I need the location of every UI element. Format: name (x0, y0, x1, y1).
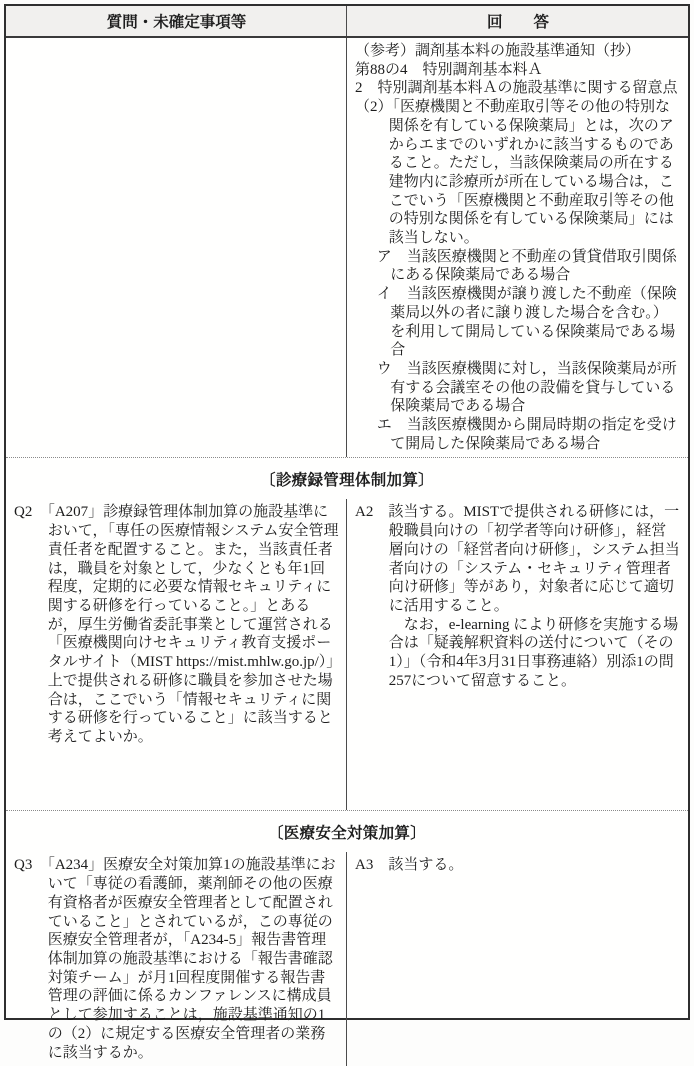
paragraph: Q2 「A207」診療録管理体制加算の施設基準において，「専任の医療情報システム… (14, 503, 339, 746)
table-header-row: 質問・未確定事項等 回 答 (6, 6, 688, 38)
section-header-row: 〔医療安全対策加算〕 (6, 810, 688, 852)
paragraph: 第88の4 特別調剤基本料Ａ (355, 61, 681, 80)
paragraph: （2）「医療機関と不動産取引等その他の特別な関係を有している保険薬局」とは，次の… (355, 98, 681, 248)
paragraph: ア 当該医療機関と不動産の賃貸借取引関係にある保険薬局である場合 (355, 248, 681, 285)
qa-row: Q2 「A207」診療録管理体制加算の施設基準において，「専任の医療情報システム… (6, 499, 688, 810)
paragraph: イ 当該医療機関が譲り渡した不動産（保険薬局以外の者に譲り渡した場合を含む。）を… (355, 285, 681, 360)
section-title: 〔医療安全対策加算〕 (268, 821, 426, 843)
qa-table: 質問・未確定事項等 回 答 （参考）調剤基本料の施設基準通知（抄）第88の4 特… (4, 4, 690, 1020)
paragraph: ウ 当該医療機関に対し，当該保険薬局が所有する会議室その他の設備を貸与している保… (355, 360, 681, 416)
paragraph: （参考）調剤基本料の施設基準通知（抄） (355, 42, 681, 61)
answer-cell: A2 該当する。MISTで提供される研修には，一般職員向けの「初学者等向け研修」… (347, 499, 688, 810)
paragraph: エ 当該医療機関から開局時期の指定を受けて開局した保険薬局である場合 (355, 416, 681, 453)
question-cell (6, 38, 347, 457)
qa-row: （参考）調剤基本料の施設基準通知（抄）第88の4 特別調剤基本料Ａ2 特別調剤基… (6, 38, 688, 457)
paragraph: 2 特別調剤基本料Ａの施設基準に関する留意点 (355, 79, 681, 98)
answer-cell: （参考）調剤基本料の施設基準通知（抄）第88の4 特別調剤基本料Ａ2 特別調剤基… (347, 38, 688, 457)
qa-row: Q3 「A234」医療安全対策加算1の施設基準において「専従の看護師，薬剤師その… (6, 852, 688, 1066)
question-cell: Q2 「A207」診療録管理体制加算の施設基準において，「専任の医療情報システム… (6, 499, 347, 810)
question-cell: Q3 「A234」医療安全対策加算1の施設基準において「専従の看護師，薬剤師その… (6, 852, 347, 1066)
answer-cell: A3 該当する。 (347, 852, 688, 1066)
paragraph: Q3 「A234」医療安全対策加算1の施設基準において「専従の看護師，薬剤師その… (14, 856, 339, 1062)
paragraph: A3 該当する。 (355, 856, 681, 875)
section-title: 〔診療録管理体制加算〕 (260, 468, 434, 490)
document-page: 質問・未確定事項等 回 答 （参考）調剤基本料の施設基準通知（抄）第88の4 特… (0, 0, 694, 1024)
section-header-row: 〔診療録管理体制加算〕 (6, 457, 688, 499)
header-question-column: 質問・未確定事項等 (6, 6, 347, 36)
paragraph: なお，e-learning により研修を実施する場合は「疑義解釈資料の送付につい… (355, 616, 681, 691)
table-body: （参考）調剤基本料の施設基準通知（抄）第88の4 特別調剤基本料Ａ2 特別調剤基… (6, 38, 688, 1018)
paragraph: A2 該当する。MISTで提供される研修には，一般職員向けの「初学者等向け研修」… (355, 503, 681, 615)
header-answer-column: 回 答 (347, 6, 688, 36)
